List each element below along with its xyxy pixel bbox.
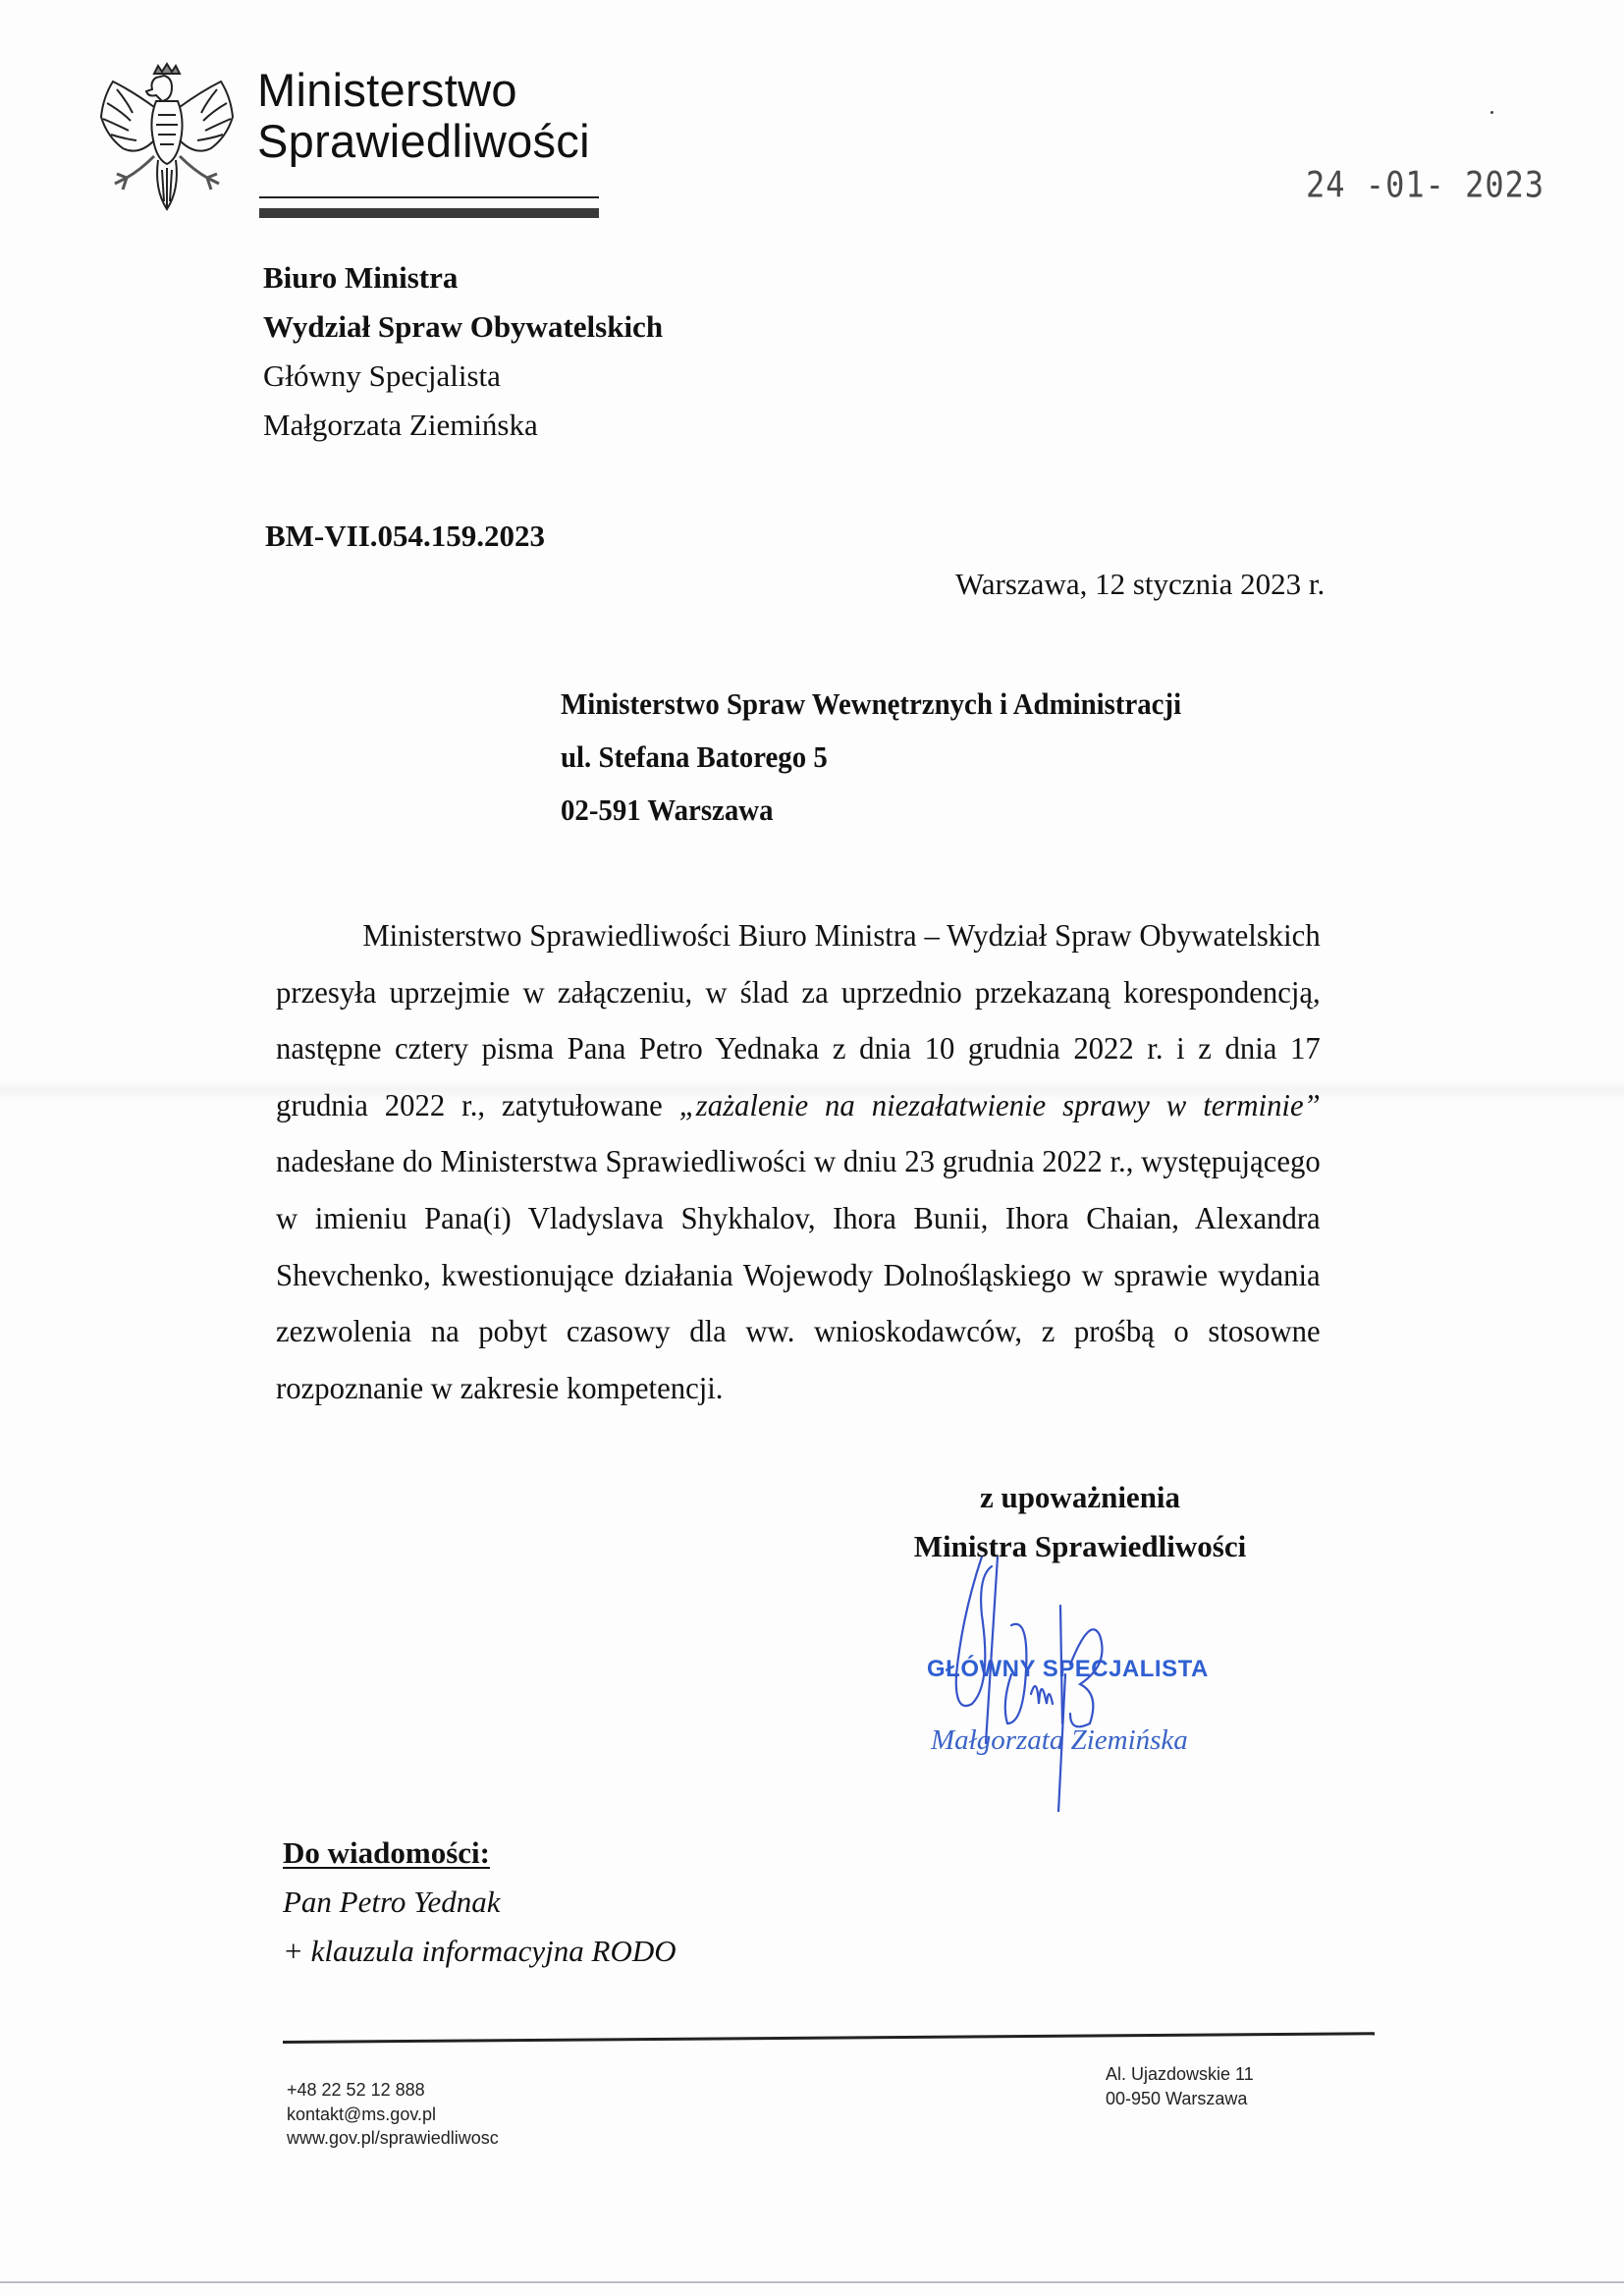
- recipient-name: Ministerstwo Spraw Wewnętrznych i Admini…: [561, 678, 1181, 731]
- header-rule-thick: [259, 208, 599, 218]
- polish-eagle-emblem-icon: [93, 62, 241, 224]
- reference-number: BM-VII.054.159.2023: [265, 519, 545, 554]
- footer-website: www.gov.pl/sprawiedliwosc: [287, 2126, 499, 2151]
- sender-office: Biuro Ministra: [263, 253, 663, 302]
- footer-contact: +48 22 52 12 888 kontakt@ms.gov.pl www.g…: [287, 2078, 499, 2151]
- handwritten-signature-icon: [943, 1557, 1178, 1812]
- body-part-2: nadesłane do Ministerstwa Sprawiedliwośc…: [276, 1143, 1321, 1404]
- sender-department: Wydział Spraw Obywatelskich: [263, 302, 663, 352]
- sender-name: Małgorzata Ziemińska: [263, 401, 663, 450]
- cc-heading: Do wiadomości:: [283, 1829, 677, 1878]
- footer-address-line-1: Al. Ujazdowskie 11: [1106, 2062, 1254, 2087]
- footer-email: kontakt@ms.gov.pl: [287, 2103, 499, 2127]
- scan-speck: [1490, 111, 1493, 114]
- sender-block: Biuro Ministra Wydział Spraw Obywatelski…: [263, 253, 663, 450]
- letter-page: Ministerstwo Sprawiedliwości 24 -01- 202…: [0, 0, 1624, 2296]
- recipient-city: 02-591 Warszawa: [561, 784, 1181, 837]
- footer-address: Al. Ujazdowskie 11 00-950 Warszawa: [1106, 2062, 1254, 2110]
- footer-address-line-2: 00-950 Warszawa: [1106, 2087, 1254, 2111]
- authorization-line-1: z upoważnienia: [893, 1473, 1267, 1522]
- place-and-date: Warszawa, 12 stycznia 2023 r.: [955, 567, 1325, 602]
- paper-bottom-edge: [0, 2281, 1624, 2283]
- footer-rule: [283, 2032, 1375, 2044]
- sender-position: Główny Specjalista: [263, 352, 663, 401]
- recipient-block: Ministerstwo Spraw Wewnętrznych i Admini…: [561, 678, 1181, 837]
- received-date-stamp: 24 -01- 2023: [1306, 163, 1544, 206]
- recipient-street: ul. Stefana Batorego 5: [561, 731, 1181, 784]
- cc-block: Do wiadomości: Pan Petro Yednak + klauzu…: [283, 1829, 677, 1976]
- letter-body: Ministerstwo Sprawiedliwości Biuro Minis…: [276, 907, 1321, 1416]
- brand-line-1: Ministerstwo: [257, 65, 590, 116]
- brand-line-2: Sprawiedliwości: [257, 116, 590, 167]
- header-rule-thin: [259, 196, 599, 198]
- cc-item: + klauzula informacyjna RODO: [283, 1927, 677, 1976]
- ministry-brand: Ministerstwo Sprawiedliwości: [257, 65, 590, 167]
- cc-item: Pan Petro Yednak: [283, 1878, 677, 1927]
- footer-phone: +48 22 52 12 888: [287, 2078, 499, 2103]
- body-quoted-title: „zażalenie na niezałatwienie sprawy w te…: [679, 1087, 1321, 1122]
